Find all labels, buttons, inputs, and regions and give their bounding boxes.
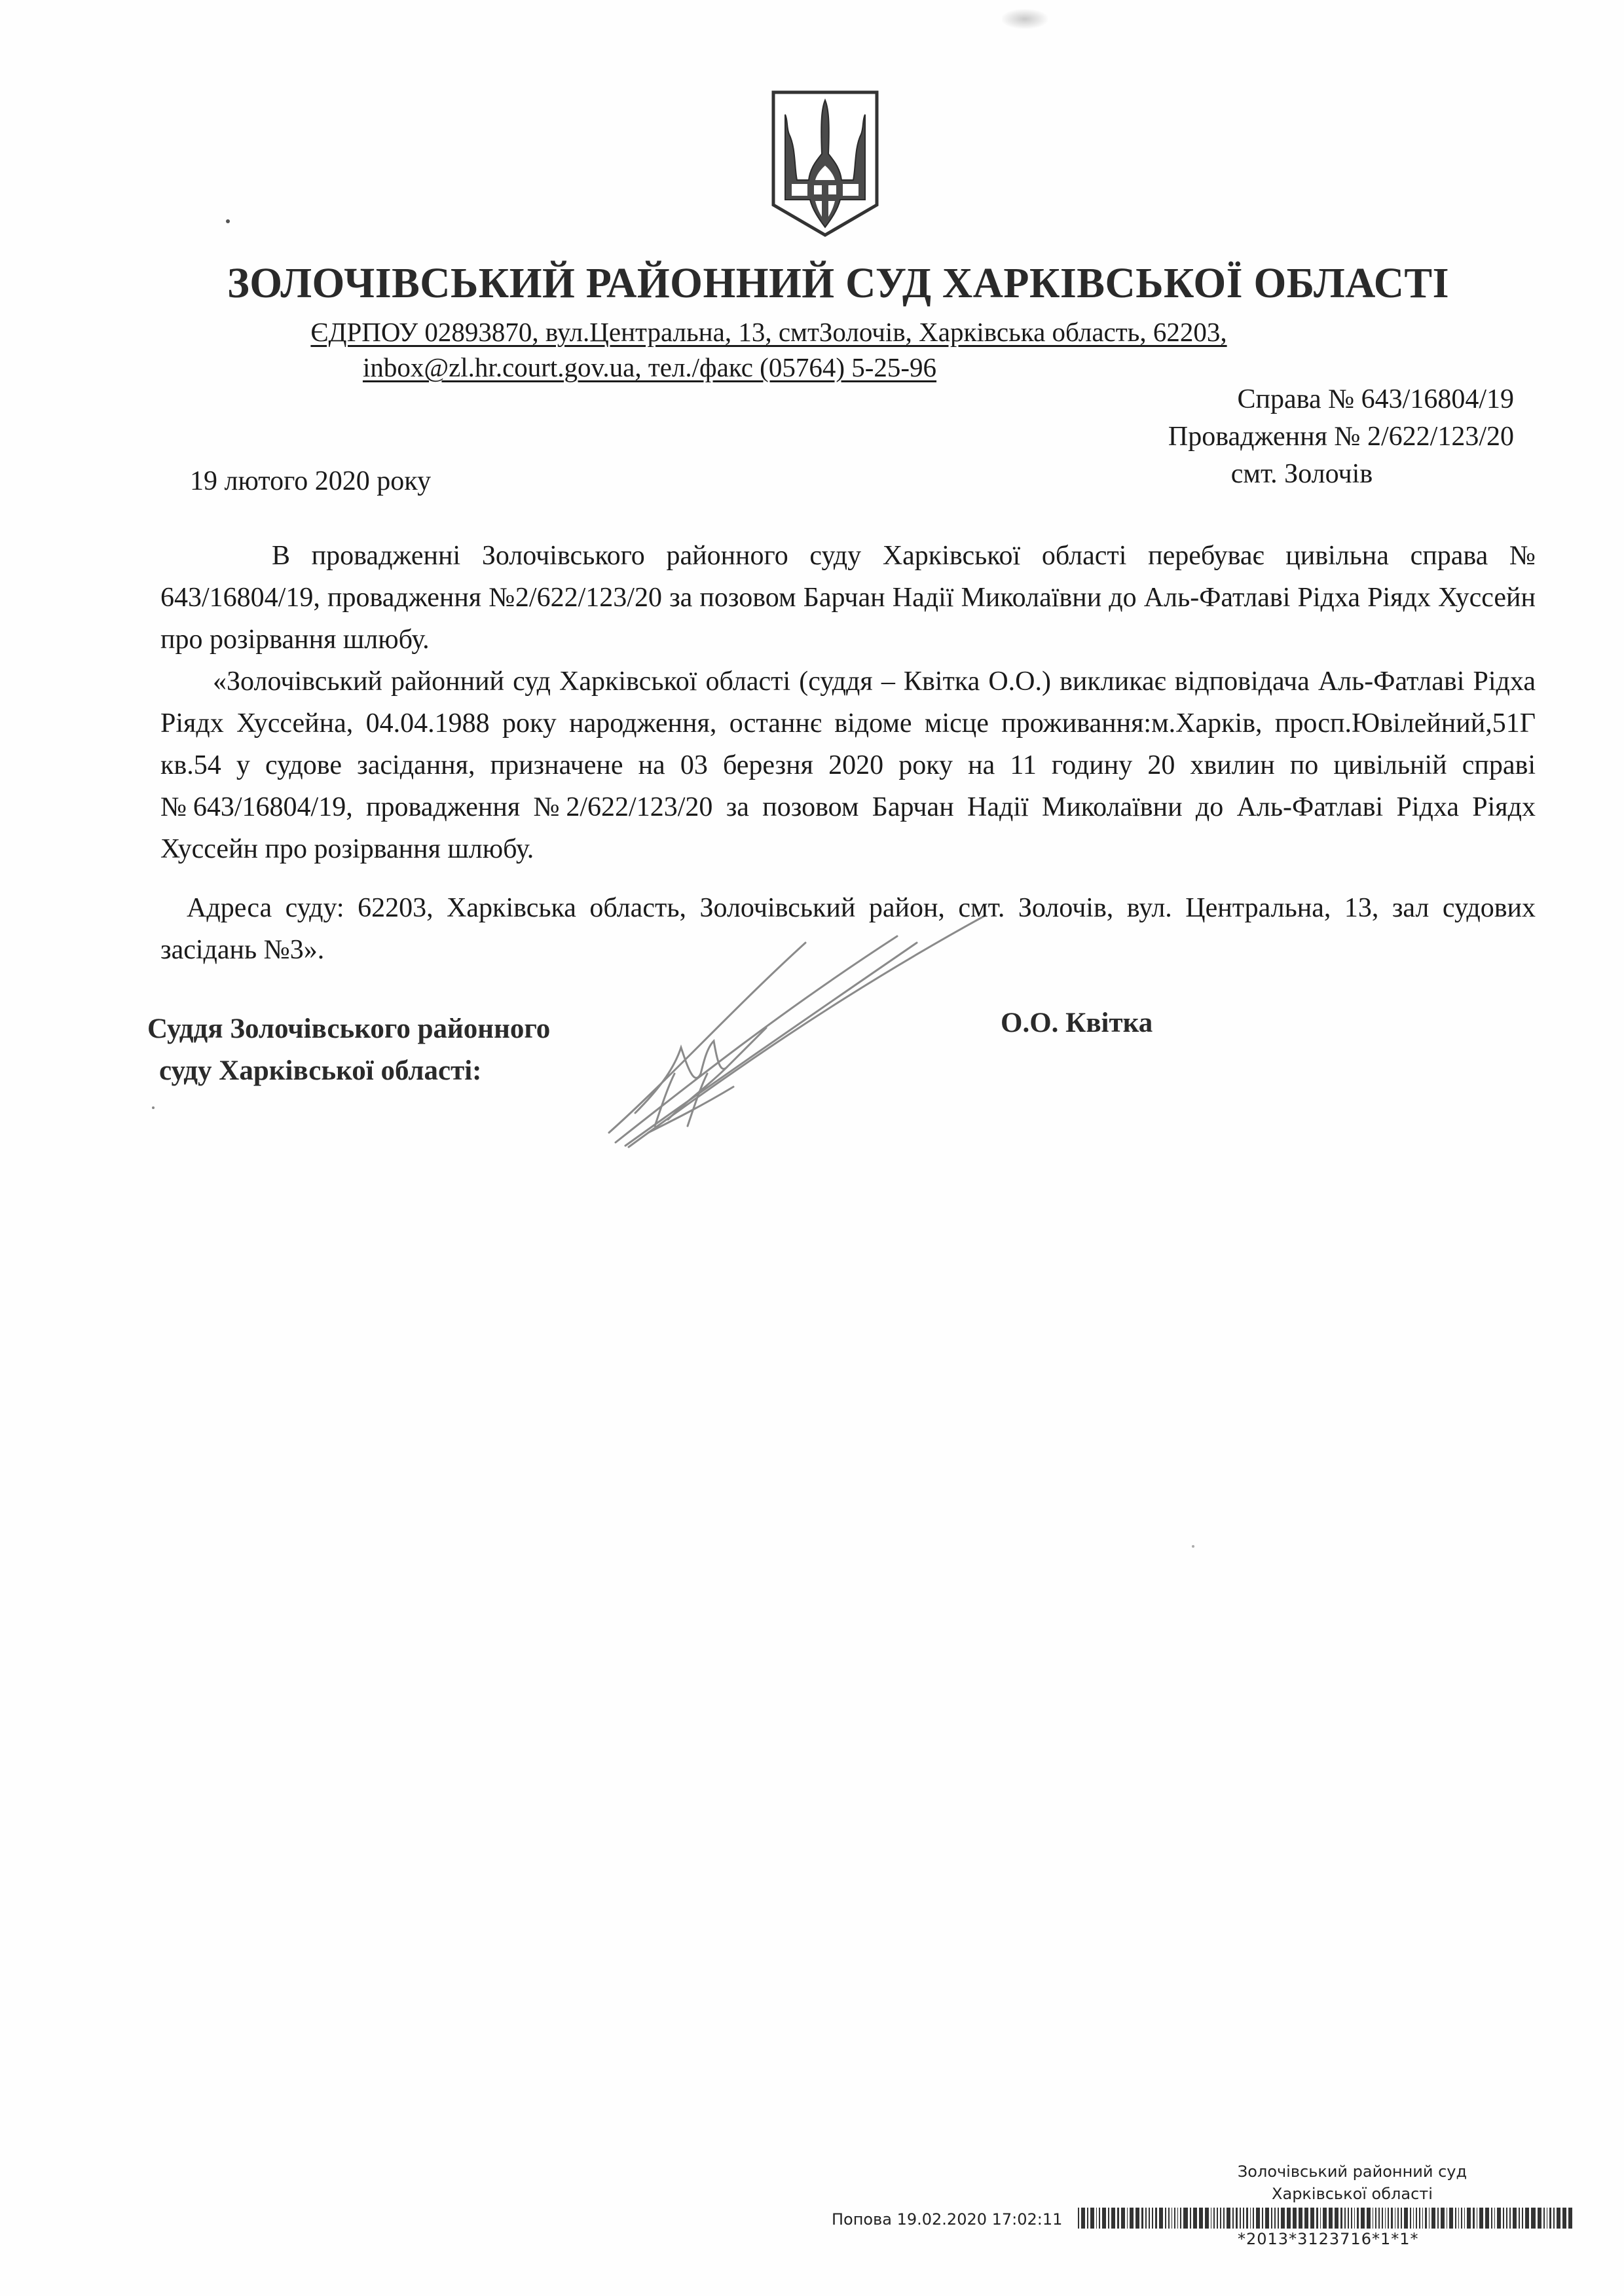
court-requisites: ЄДРПОУ 02893870, вул.Центральна, 13, смт… <box>0 316 1581 348</box>
stamp-operator-timestamp: Попова 19.02.2020 17:02:11 <box>832 2210 1062 2229</box>
document-page: ЗОЛОЧІВСЬКИЙ РАЙОННИЙ СУД ХАРКІВСЬКОЇ ОБ… <box>0 0 1624 2296</box>
stamp-court: Золочівський районний суд Харківської об… <box>1198 2160 1506 2205</box>
place: смт. Золочів <box>1129 456 1475 493</box>
document-date: 19 лютого 2020 року <box>190 465 431 497</box>
scan-artifact <box>1002 9 1048 29</box>
court-name-heading: ЗОЛОЧІВСЬКИЙ РАЙОННИЙ СУД ХАРКІВСЬКОЇ ОБ… <box>50 259 1624 308</box>
stamp-court-line2: Харківської області <box>1198 2183 1506 2205</box>
proceeding-number: Провадження № 2/622/123/20 <box>1168 418 1514 456</box>
stamp-court-line1: Золочівський районний суд <box>1198 2160 1506 2183</box>
case-info: Справа № 643/16804/19 Провадження № 2/62… <box>1168 381 1514 493</box>
barcode-icon <box>1078 2208 1572 2229</box>
scan-dot <box>152 1106 155 1109</box>
judge-title-line2: суду Харківської області: <box>147 1050 550 1092</box>
handwritten-signature-icon <box>589 917 1048 1152</box>
barcode-text: *2013*3123716*1*1* <box>1238 2230 1419 2248</box>
judge-title-line1: Суддя Золочівського районного <box>147 1008 550 1050</box>
coat-of-arms-icon <box>769 88 881 239</box>
paragraph-summons: «Золочівський районний суд Харківської о… <box>160 661 1536 870</box>
judge-title: Суддя Золочівського районного суду Харкі… <box>147 1008 550 1092</box>
scan-dot <box>1192 1545 1194 1548</box>
scan-dot <box>226 219 230 223</box>
judge-name: О.О. Квітка <box>1001 1007 1153 1039</box>
court-contacts: inbox@zl.hr.court.gov.ua, тел./факс (057… <box>0 352 1462 383</box>
paragraph-proceeding: В провадженні Золочівського районного су… <box>160 535 1536 661</box>
case-number: Справа № 643/16804/19 <box>1168 381 1514 418</box>
